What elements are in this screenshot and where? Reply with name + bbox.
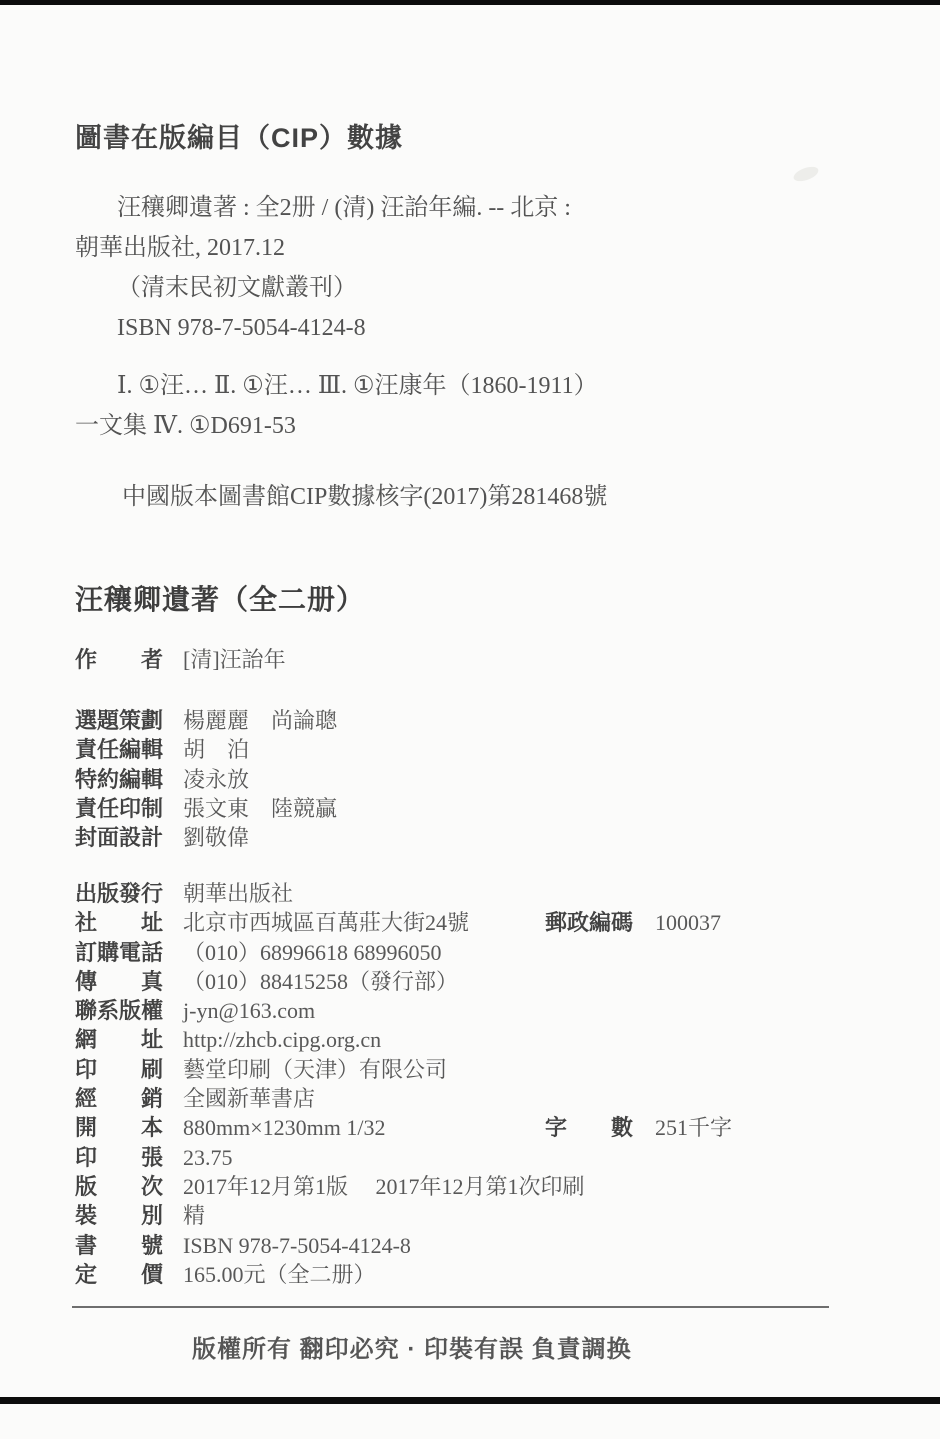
cip-entry-line: （清末民初文獻叢刊）	[75, 268, 865, 308]
row-label: 印 刷	[75, 1055, 183, 1084]
row-label: 經 銷	[75, 1084, 183, 1113]
copyright-page: 圖書在版編目（CIP）數據 汪穰卿遺著 : 全2册 / (清) 汪詒年編. --…	[0, 0, 940, 1439]
row-label: 書 號	[75, 1231, 183, 1260]
pub-row: 出版發行 朝華出版社	[75, 879, 905, 908]
row-label: 出版發行	[75, 879, 183, 908]
word-count-label: 字 數	[545, 1113, 655, 1142]
row-value: 23.75	[183, 1143, 233, 1172]
scan-smudge	[792, 164, 821, 184]
row-label: 責任印制	[75, 794, 183, 823]
cip-index-line: Ⅰ. ①汪… Ⅱ. ①汪… Ⅲ. ①汪康年（1860-1911）	[75, 366, 865, 406]
cip-record-line: 中國版本圖書館CIP數據核字(2017)第281468號	[122, 476, 607, 511]
pub-row: 定 價 165.00元（全二册）	[75, 1260, 905, 1289]
book-title: 汪穰卿遺著（全二册）	[75, 578, 365, 618]
row-label: 責任編輯	[75, 735, 183, 764]
row-label: 定 價	[75, 1260, 183, 1289]
row-value: 凌永放	[183, 765, 249, 794]
row-label: 特約編輯	[75, 765, 183, 794]
cip-entry-line: 朝華出版社, 2017.12	[75, 228, 865, 268]
publication-block: 出版發行 朝華出版社 社 址 北京市西城區百萬莊大街24號 郵政編碼 10003…	[75, 879, 905, 1289]
row-label: 封面設計	[75, 823, 183, 852]
row-value: 全國新華書店	[183, 1084, 315, 1113]
postal-code-label: 郵政編碼	[545, 908, 655, 937]
pub-row: 傳 真 （010）88415258（發行部）	[75, 967, 905, 996]
row-value: 藝堂印刷（天津）有限公司	[183, 1055, 447, 1084]
row-label: 社 址	[75, 908, 183, 937]
staff-row: 責任印制 張文東 陸競贏	[75, 794, 865, 823]
pub-row: 裝 別 精	[75, 1201, 905, 1230]
postal-code-group: 郵政編碼 100037	[545, 908, 721, 937]
author-row: 作 者 [清]汪詒年	[75, 645, 865, 674]
staff-block: 選題策劃 楊麗麗 尚論聰 責任編輯 胡 泊 特約編輯 凌永放 責任印制 張文東 …	[75, 706, 865, 852]
scan-edge-top	[0, 0, 940, 5]
cip-heading: 圖書在版編目（CIP）數據	[75, 116, 403, 155]
author-block: 作 者 [清]汪詒年	[75, 645, 865, 674]
staff-row: 封面設計 劉敬偉	[75, 823, 865, 852]
row-value: 楊麗麗 尚論聰	[183, 706, 337, 735]
row-label: 選題策劃	[75, 706, 183, 735]
row-value: 北京市西城區百萬莊大街24號	[183, 908, 469, 937]
pub-row: 聯系版權 j-yn@163.com	[75, 996, 905, 1025]
row-label: 聯系版權	[75, 996, 183, 1025]
pub-row: 版 次 2017年12月第1版 2017年12月第1次印刷	[75, 1172, 905, 1201]
row-value: 朝華出版社	[183, 879, 293, 908]
row-label: 訂購電話	[75, 938, 183, 967]
pub-row: 開 本 880mm×1230mm 1/32 字 數 251千字	[75, 1113, 905, 1142]
row-value: 張文東 陸競贏	[183, 794, 337, 823]
staff-row: 責任編輯 胡 泊	[75, 735, 865, 764]
pub-row: 經 銷 全國新華書店	[75, 1084, 905, 1113]
row-value: 165.00元（全二册）	[183, 1260, 376, 1289]
row-label: 傳 真	[75, 967, 183, 996]
row-value: （010）68996618 68996050	[183, 938, 442, 967]
pub-row: 印 刷 藝堂印刷（天津）有限公司	[75, 1055, 905, 1084]
row-label: 印 張	[75, 1143, 183, 1172]
row-value: （010）88415258（發行部）	[183, 967, 458, 996]
pub-row: 訂購電話 （010）68996618 68996050	[75, 938, 905, 967]
cip-entry-line: ISBN 978-7-5054-4124-8	[75, 308, 865, 348]
row-value: 880mm×1230mm 1/32	[183, 1113, 385, 1142]
row-label: 開 本	[75, 1113, 183, 1142]
row-value: 2017年12月第1版 2017年12月第1次印刷	[183, 1172, 585, 1201]
row-value: 胡 泊	[183, 735, 249, 764]
pub-row: 印 張 23.75	[75, 1143, 905, 1172]
pub-row: 網 址 http://zhcb.cipg.org.cn	[75, 1025, 905, 1054]
footer-divider	[72, 1306, 829, 1308]
cip-index-block: Ⅰ. ①汪… Ⅱ. ①汪… Ⅲ. ①汪康年（1860-1911） 一文集 Ⅳ. …	[75, 366, 865, 446]
row-label: 網 址	[75, 1025, 183, 1054]
word-count-group: 字 數 251千字	[545, 1113, 732, 1142]
row-value: ISBN 978-7-5054-4124-8	[183, 1231, 411, 1260]
row-label: 版 次	[75, 1172, 183, 1201]
cip-index-line: 一文集 Ⅳ. ①D691-53	[75, 406, 865, 446]
pub-row: 社 址 北京市西城區百萬莊大街24號 郵政編碼 100037	[75, 908, 905, 937]
author-label: 作 者	[75, 645, 183, 674]
pub-row: 書 號 ISBN 978-7-5054-4124-8	[75, 1231, 905, 1260]
row-value: 劉敬偉	[183, 823, 249, 852]
postal-code-value: 100037	[655, 908, 721, 937]
author-value: [清]汪詒年	[183, 645, 286, 674]
cip-entry-line: 汪穰卿遺著 : 全2册 / (清) 汪詒年編. -- 北京 :	[75, 188, 865, 228]
copyright-notice: 版權所有 翻印必究 · 印裝有誤 負責調换	[192, 1329, 632, 1364]
staff-row: 特約編輯 凌永放	[75, 765, 865, 794]
row-label: 裝 別	[75, 1201, 183, 1230]
staff-row: 選題策劃 楊麗麗 尚論聰	[75, 706, 865, 735]
row-value: http://zhcb.cipg.org.cn	[183, 1025, 381, 1054]
word-count-value: 251千字	[655, 1113, 732, 1142]
row-value: 精	[183, 1201, 205, 1230]
cip-entry-block: 汪穰卿遺著 : 全2册 / (清) 汪詒年編. -- 北京 : 朝華出版社, 2…	[75, 188, 865, 348]
row-value: j-yn@163.com	[183, 996, 315, 1025]
scan-edge-bottom	[0, 1397, 940, 1404]
